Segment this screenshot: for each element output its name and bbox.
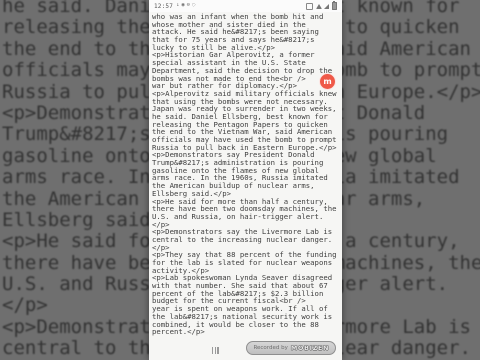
battery-icon [332, 2, 338, 11]
mobizen-watermark: Recorded by MOBIZEN [246, 341, 336, 355]
status-time: 12:57 [154, 3, 173, 10]
nav-grip-icon[interactable] [212, 347, 219, 354]
text-line: central to the increasing nuclear danger… [152, 236, 341, 244]
watermark-brand: MOBIZEN [291, 344, 329, 352]
status-bar: 12:57 ↓ ◉ ⊖ ◌ [149, 0, 342, 12]
mobizen-logo-icon: m [323, 78, 331, 86]
watermark-prefix: Recorded by [253, 345, 287, 351]
mobizen-record-button[interactable]: m [319, 73, 336, 90]
wifi-icon [316, 4, 322, 9]
html-source-text[interactable]: who was an infant when the bomb hit andw… [152, 13, 341, 342]
do-not-disturb-icon: ⊖ [187, 3, 190, 9]
text-line: percent.</p> [152, 328, 341, 336]
phone-screen: 12:57 ↓ ◉ ⊖ ◌ who was an infant when the… [149, 0, 342, 360]
volte-icon [306, 3, 313, 10]
sync-icon: ◌ [192, 3, 195, 9]
signal-icon [324, 4, 329, 9]
download-icon: ↓ [176, 3, 179, 9]
text-line: U.S. and Russia, on hair-trigger alert. [152, 213, 341, 221]
record-notification-icon: ◉ [181, 3, 184, 9]
video-frame: he said. Daniel Ellsberg, best known for… [0, 0, 480, 360]
